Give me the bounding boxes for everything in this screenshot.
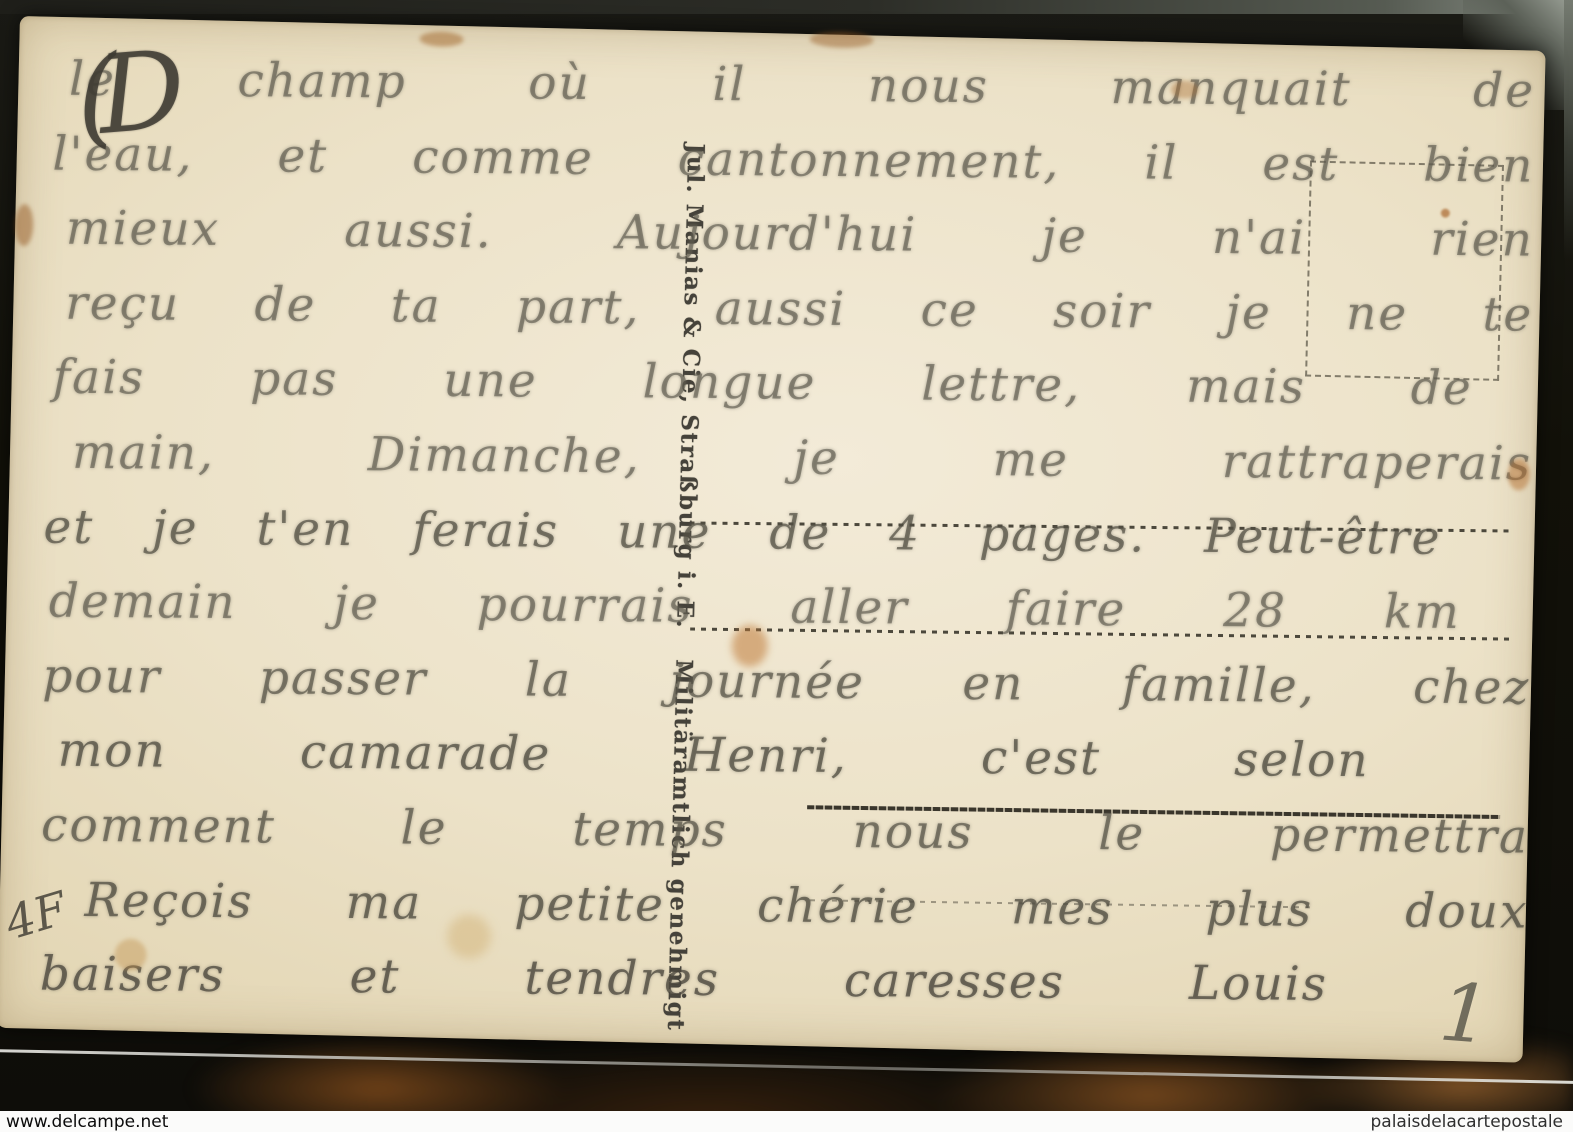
handwritten-message: le champ où il nous manquait de l'eau, e… [40,43,1536,1025]
message-line-8: demain je pourrais aller faire 28 km [43,565,1532,652]
age-spot [809,31,873,48]
message-line-2: l'eau, et comme cantonnement, il est bie… [46,117,1535,204]
watermark-bar: www.delcampe.net palaisdelacartepostale [0,1111,1573,1132]
postcard: Jul. Manias & Cie, Straßburg i. E.Militä… [0,16,1546,1063]
message-line-3: mieux aussi. Aujourd'hui je n'ai rien [46,192,1535,279]
watermark-left: www.delcampe.net [6,1112,168,1132]
message-line-4: reçu de ta part, aussi ce soir je ne te [45,266,1534,353]
message-line-13: baisers et tendres caresses Louis [40,938,1529,1025]
message-line-5: fais pas une longue lettre, mais de [44,341,1533,428]
message-line-7: et je t'en ferais une de 4 pages. Peut-ê… [43,490,1532,577]
message-line-10: mon camarade Henri, c'est selon [41,714,1530,801]
message-line-11: comment le temps nous le permettra [41,789,1530,876]
age-spot [1170,80,1198,99]
watermark-right: palaisdelacartepostale [1370,1112,1563,1132]
message-line-6: main, Dimanche, je me rattraperais [44,416,1533,503]
message-line-1: le champ où il nous manquait de [47,43,1536,130]
message-line-9: pour passer la journée en famille, chez [42,639,1531,726]
photo-right-edge [1564,0,1573,260]
corner-pencil-mark: (D [71,29,170,161]
age-spot [15,204,34,246]
photo-top-edge [0,0,1573,14]
closing-stroke-mark: 1 [1436,966,1494,1063]
message-line-12: Reçois ma petite chérie mes plus doux [40,863,1529,950]
